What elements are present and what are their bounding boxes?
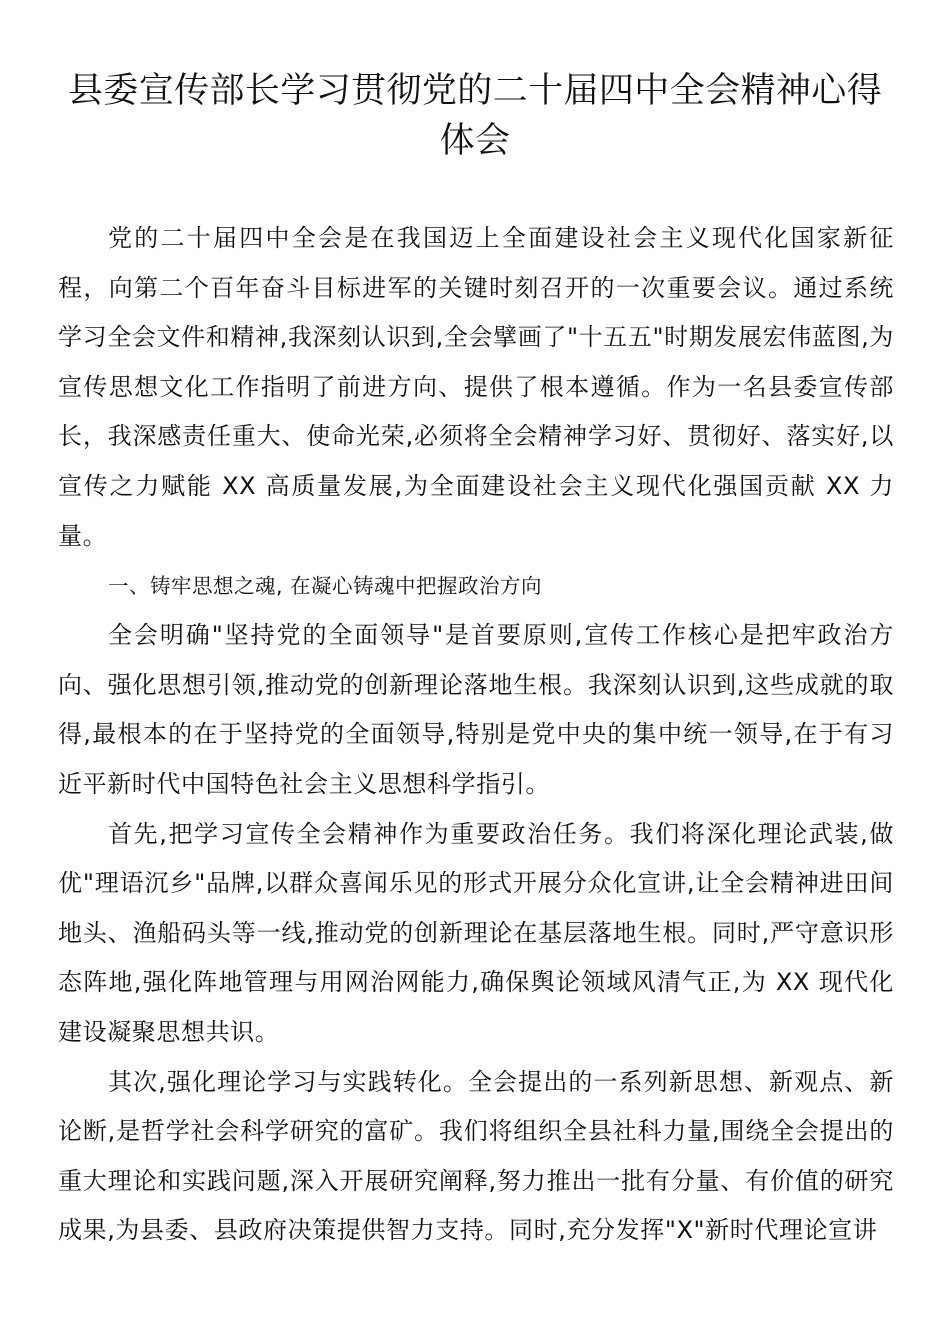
body-paragraph: 全会明确"坚持党的全面领导"是首要原则,宣传工作核心是把牢政治方向、强化思想引领… (58, 611, 894, 809)
document-body: 党的二十届四中全会是在我国迈上全面建设社会主义现代化国家新征程，向第二个百年奋斗… (58, 214, 894, 1256)
document-title: 县委宣传部长学习贯彻党的二十届四中全会精神心得体会 (58, 66, 892, 166)
intro-paragraph: 党的二十届四中全会是在我国迈上全面建设社会主义现代化国家新征程，向第二个百年奋斗… (58, 214, 894, 561)
body-paragraph: 首先,把学习宣传全会精神作为重要政治任务。我们将深化理论武装,做优"理语沉乡"品… (58, 810, 894, 1058)
section-heading-1: 一、铸牢思想之魂, 在凝心铸魂中把握政治方向 (58, 561, 894, 611)
body-paragraph: 其次,强化理论学习与实践转化。全会提出的一系列新思想、新观点、新论断,是哲学社会… (58, 1058, 894, 1256)
document-page: 县委宣传部长学习贯彻党的二十届四中全会精神心得体会 党的二十届四中全会是在我国迈… (0, 0, 950, 1344)
